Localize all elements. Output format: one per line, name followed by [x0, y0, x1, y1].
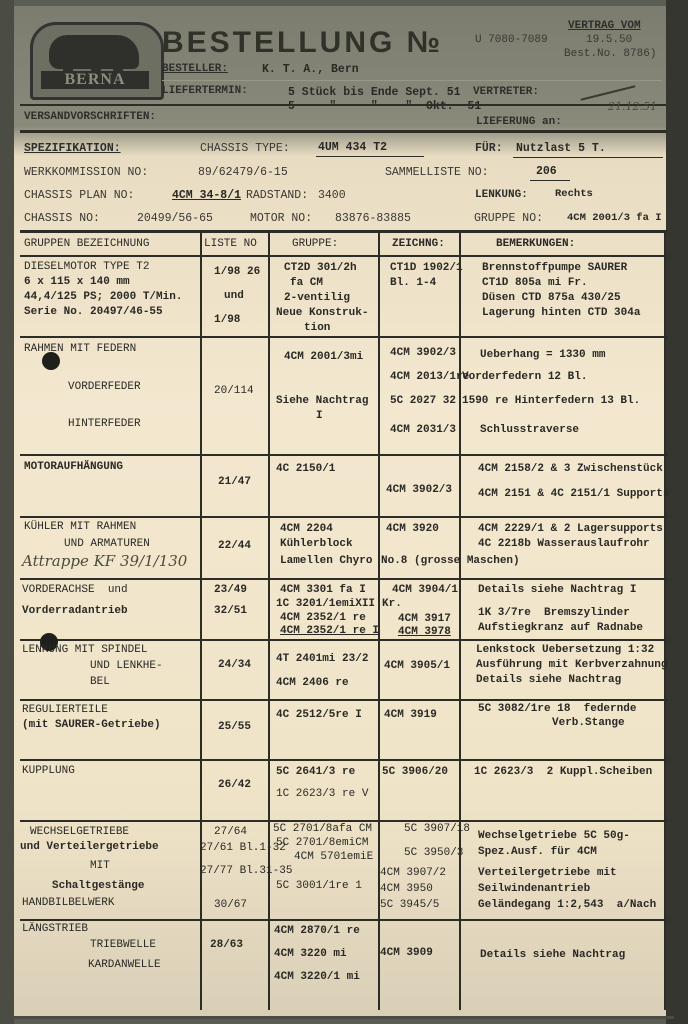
bemerkung-line: Spez.Ausf. für 4CM — [478, 845, 597, 860]
gruppe-value: I — [316, 409, 323, 424]
bemerkung-line: Details siehe Nachtrag — [476, 673, 621, 688]
zeichng-value: 4CM 3904/1 — [392, 583, 458, 598]
radstand-label: RADSTAND: — [246, 189, 308, 202]
bezeichnung-line: TRIEBWELLE — [90, 938, 156, 953]
chassis-type-value: 4UM 434 T2 — [318, 141, 387, 154]
gruppe-value: 4CM 5701emiE — [294, 850, 373, 865]
chassis-no-label: CHASSIS NO: — [24, 212, 100, 225]
bemerkung-line: Details siehe Nachtrag I — [478, 583, 636, 598]
gruppe-value: Kühlerblock — [280, 537, 353, 552]
radstand-value: 3400 — [318, 189, 346, 202]
motor-no-value: 83876-83885 — [335, 212, 411, 225]
gruppe-value: 2-ventilig — [284, 291, 350, 306]
zeichng-value: 4CM 3950 — [380, 882, 433, 897]
order-numbers: U 7080-7089 — [475, 34, 548, 46]
divider — [20, 130, 666, 133]
bemerkung-line: Düsen CTD 875a 430/25 — [482, 291, 621, 306]
gruppe-value: Siehe Nachtrag — [276, 394, 368, 409]
liste-value: 27/61 Bl.1-32 — [200, 841, 286, 856]
zeichng-value: 4CM 2031/3 — [390, 423, 456, 438]
liste-value: 27/64 — [214, 825, 247, 840]
werkkommission-label: WERKKOMMISSION NO: — [24, 166, 148, 179]
besteller-value: K. T. A., Bern — [262, 63, 359, 76]
liefertermin-line-2: 5 " " " Okt. 51 — [288, 100, 481, 113]
bear-icon — [49, 35, 139, 69]
bemerkung-line: Verb.Stange — [552, 716, 625, 731]
bemerkung-line: 4CM 2151 & 4C 2151/1 Supports — [478, 487, 669, 502]
bemerkung-line: Ueberhang = 1330 mm — [480, 348, 605, 363]
bezeichnung-line: RAHMEN MIT FEDERN — [24, 342, 136, 357]
bemerkung-line: Lenkstock Uebersetzung 1:32 — [476, 643, 654, 658]
bemerkung-line: 1K 3/7re Bremszylinder — [478, 606, 630, 621]
liste-value: und — [224, 289, 244, 304]
gruppe-value: 4CM 2870/1 re — [274, 924, 360, 939]
berna-logo: BERNA — [30, 22, 164, 100]
bemerkung-line: 1C 2623/3 2 Kuppl.Scheiben — [474, 765, 652, 780]
zeichng-value: 5C 3950/3 — [404, 846, 463, 861]
bezeichnung-line: MOTORAUFHÄNGUNG — [24, 460, 123, 475]
handwritten-date: 21.12.51 — [608, 100, 657, 113]
zeichng-value: 4CM 2013/1re — [390, 370, 469, 385]
sammelliste-label: SAMMELLISTE NO: — [385, 166, 489, 179]
bemerkung-line: Brennstoffpumpe SAURER — [482, 261, 627, 276]
bemerkung-line: Geländegang 1:2,543 a/Nach — [478, 898, 656, 913]
liste-value: 1/98 26 — [214, 265, 260, 280]
bezeichnung-line: Schaltgestänge — [52, 879, 144, 894]
row-border — [20, 699, 668, 701]
werkkommission-value: 89/62479/6-15 — [198, 166, 288, 179]
bemerkung-line: Lagerung hinten CTD 304a — [482, 306, 640, 321]
chassis-no-value: 20499/56-65 — [137, 212, 213, 225]
gruppe-value: 5C 2641/3 re — [276, 765, 355, 780]
row-border — [20, 516, 668, 518]
gruppe-value: 1C 2623/3 re V — [276, 787, 368, 802]
zeichng-value: 5C 2027 32 — [390, 394, 456, 409]
row-border — [20, 454, 668, 456]
zeichng-value: 4CM 3907/2 — [380, 866, 446, 881]
zeichng-value: 4CM 3902/3 — [386, 483, 452, 498]
bezeichnung-line: Vorderradantrieb — [22, 604, 128, 619]
liste-value: 23/49 — [214, 583, 247, 598]
bezeichnung-line: VORDERACHSE und — [22, 583, 128, 598]
gruppe-value: 4CM 2204 — [280, 522, 333, 537]
form-title: BESTELLUNG № — [162, 26, 443, 60]
column-divider — [459, 230, 461, 1010]
chassis-type-label: CHASSIS TYPE: — [200, 142, 290, 155]
liste-value: 30/67 — [214, 898, 247, 913]
handwritten-note: Attrappe KF 39/1/130 — [22, 552, 187, 570]
liste-value: 26/42 — [218, 778, 251, 793]
gruppe-value: Neue Konstruk- — [276, 306, 368, 321]
bezeichnung-line: LÄNGSTRIEB — [22, 922, 88, 937]
bezeichnung-line: KUPPLUNG — [22, 764, 75, 779]
gruppe-value: 5C 3001/1re 1 — [276, 879, 362, 894]
gruppe-value: 4CM 2352/1 re I — [280, 624, 379, 639]
underline — [530, 180, 570, 181]
column-header-gruppe: GRUPPE: — [292, 237, 338, 252]
bemerkung-line: Wechselgetriebe 5C 50g- — [478, 829, 630, 844]
bemerkung-line: CT1D 805a mi Fr. — [482, 276, 588, 291]
lenkung-label: LENKUNG: — [475, 189, 528, 201]
column-header-bezeichnung: GRUPPEN BEZEICHNUNG — [24, 237, 149, 252]
gruppe-value: 4T 2401mi 23/2 — [276, 652, 368, 667]
row-border — [20, 336, 668, 338]
bemerkung-line: Schlusstraverse — [480, 423, 579, 438]
row-border — [20, 759, 668, 761]
row-border — [20, 919, 668, 921]
gruppe-value: 1C 3201/1emiXII — [276, 597, 375, 612]
sammelliste-value: 206 — [536, 165, 557, 178]
sheet-bottom-edge — [14, 1016, 674, 1019]
bemerkung-line: 4CM 2158/2 & 3 Zwischenstück — [478, 462, 663, 477]
liste-value: 25/55 — [218, 720, 251, 735]
row-border — [20, 639, 668, 641]
gruppe-value: CT2D 301/2h — [284, 261, 357, 276]
zeichng-value: Kr. — [382, 597, 402, 612]
liste-value: 1/98 — [214, 313, 240, 328]
zeichng-value: CT1D 1902/1 — [390, 261, 463, 276]
liefertermin-line-1: 5 Stück bis Ende Sept. 51 — [288, 86, 461, 99]
gruppe-value: 4C 2512/5re I — [276, 708, 362, 723]
besteller-label: BESTELLER: — [162, 63, 228, 75]
bezeichnung-line: KARDANWELLE — [88, 958, 161, 973]
underline — [513, 157, 663, 158]
zeichng-value: 5C 3945/5 — [380, 898, 439, 913]
bezeichnung-line: DIESELMOTOR TYPE T2 — [24, 260, 149, 275]
gruppe-value: 4CM 3220 mi — [274, 947, 347, 962]
liste-value: 21/47 — [218, 475, 251, 490]
bezeichnung-line: KÜHLER MIT RAHMEN — [24, 520, 136, 535]
liste-value: 27/77 Bl.31-35 — [200, 864, 292, 879]
zeichng-value: Bl. 1-4 — [390, 276, 436, 291]
liste-value: 24/34 — [218, 658, 251, 673]
bezeichnung-line: 6 x 115 x 140 mm — [24, 275, 130, 290]
liste-value: 22/44 — [218, 539, 251, 554]
bemerkung-line: 5C 3082/1re 18 federnde — [478, 702, 636, 717]
spezifikation-label: SPEZIFIKATION: — [24, 142, 121, 155]
lenkung-value: Rechts — [555, 188, 593, 200]
fuer-value: Nutzlast 5 T. — [516, 142, 606, 155]
bemerkung-line: Aufstiegkranz auf Radnabe — [478, 621, 643, 636]
bezeichnung-line: BEL — [90, 675, 110, 690]
column-divider — [664, 230, 666, 1010]
contract-label: VERTRAG VOM — [568, 20, 641, 32]
bezeichnung-line: HANDBILBELWERK — [22, 896, 114, 911]
gruppe-no-label: GRUPPE NO: — [474, 212, 543, 225]
bezeichnung-line: HINTERFEDER — [68, 417, 141, 432]
table-top-border — [20, 230, 668, 233]
bemerkung-line: Details siehe Nachtrag — [480, 948, 625, 963]
logo-text: BERNA — [41, 71, 149, 89]
fuer-label: FÜR: — [475, 142, 503, 155]
row-border — [20, 578, 668, 580]
column-divider — [268, 230, 270, 1010]
bezeichnung-line: VORDERFEDER — [68, 380, 141, 395]
gruppe-value: 4CM 2001/3mi — [284, 350, 363, 365]
bemerkung-line: Vorderfedern 12 Bl. — [462, 370, 587, 385]
liefertermin-label: LIEFERTERMIN: — [162, 85, 248, 97]
gruppe-no-value: 4CM 2001/3 fa I — [567, 212, 662, 224]
scan-border-right — [666, 0, 688, 1024]
vertreter-label: VERTRETER: — [473, 86, 539, 98]
gruppe-value: 4CM 3301 fa I — [280, 583, 366, 598]
gruppe-value: 4CM 2406 re — [276, 676, 349, 691]
zeichng-value: 4CM 3909 — [380, 946, 433, 961]
gruppe-value: fa CM — [290, 276, 323, 291]
gruppe-value: Lamellen Chyro — [280, 554, 372, 569]
bezeichnung-line: Serie No. 20497/46-55 — [24, 305, 163, 320]
bemerkung-line: 4C 2218b Wasserauslaufrohr — [478, 537, 650, 552]
bemerkung-line: Seilwindenantrieb — [478, 882, 590, 897]
zeichng-value: 4CM 3978 — [398, 625, 451, 640]
contract-best-no: Best.No. 8786) — [564, 48, 656, 60]
bemerkung-line: Verteilergetriebe mit — [478, 866, 617, 881]
divider — [162, 80, 662, 81]
liste-value: 20/114 — [214, 384, 254, 399]
liste-value: 32/51 — [214, 604, 247, 619]
bezeichnung-line: und Verteilergetriebe — [20, 840, 159, 855]
bemerkung-line: 1590 re Hinterfedern 13 Bl. — [462, 394, 640, 409]
divider — [20, 104, 666, 106]
zeichng-value: 5C 3906/20 — [382, 765, 448, 780]
chassis-plan-label: CHASSIS PLAN NO: — [24, 189, 134, 202]
underline — [316, 156, 424, 157]
column-divider — [200, 230, 202, 1010]
motor-no-label: MOTOR NO: — [250, 212, 312, 225]
contract-date: 19.5.50 — [586, 34, 632, 46]
zeichng-value: 4CM 3905/1 — [384, 659, 450, 674]
liste-value: 28/63 — [210, 938, 243, 953]
bemerkung-line: Ausführung mit Kerbverzahnung — [476, 658, 667, 673]
column-header-bemerkungen: BEMERKUNGEN: — [496, 237, 575, 252]
bezeichnung-line: MIT — [90, 859, 110, 874]
bezeichnung-line: (mit SAURER-Getriebe) — [22, 718, 161, 733]
bezeichnung-line: WECHSELGETRIEBE — [30, 825, 129, 840]
lieferung-label: LIEFERUNG an: — [476, 116, 562, 128]
versand-label: VERSANDVORSCHRIFTEN: — [24, 111, 156, 123]
header-row-border — [20, 255, 668, 257]
column-header-liste: LISTE NO — [204, 237, 257, 252]
zeichng-value: 4CM 3920 — [386, 522, 439, 537]
scan-border-left — [0, 0, 14, 1024]
gruppe-value: 5C 2701/8emiCM — [276, 836, 368, 851]
zeichng-value: No.8 (grosse Maschen) — [381, 554, 520, 569]
bezeichnung-line: LENKUNG MIT SPINDEL — [22, 643, 147, 658]
chassis-plan-value: 4CM 34-8/1 — [172, 189, 241, 202]
gruppe-value: tion — [304, 321, 330, 336]
zeichng-value: 5C 3907/18 — [404, 822, 470, 837]
column-header-zeichng: ZEICHNG: — [392, 237, 445, 252]
gruppe-value: 4C 2150/1 — [276, 462, 335, 477]
zeichng-value: 4CM 3919 — [384, 708, 437, 723]
bemerkung-line: 4CM 2229/1 & 2 Lagersupports — [478, 522, 663, 537]
bezeichnung-line: 44,4/125 PS; 2000 T/Min. — [24, 290, 182, 305]
bezeichnung-line: UND LENKHE- — [90, 659, 163, 674]
gruppe-value: 4CM 3220/1 mi — [274, 970, 360, 985]
bezeichnung-line: UND ARMATUREN — [64, 537, 150, 552]
zeichng-value: 4CM 3902/3 — [390, 346, 456, 361]
gruppe-value: 5C 2701/8afa CM — [273, 822, 372, 837]
bezeichnung-line: REGULIERTEILE — [22, 703, 108, 718]
